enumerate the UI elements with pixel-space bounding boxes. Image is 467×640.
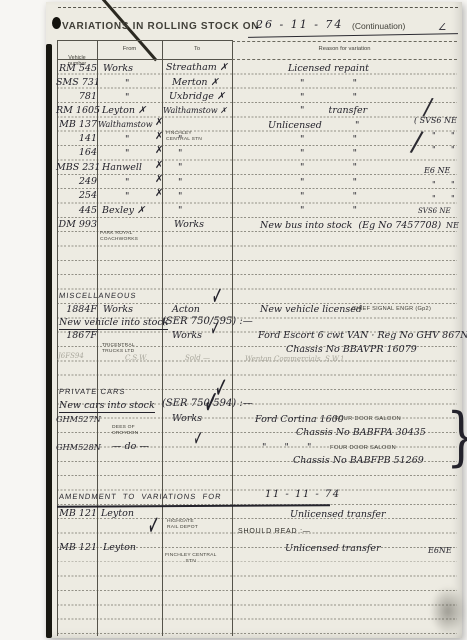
row9-margin: " " <box>432 195 455 203</box>
row7-vehicle: MBS 231 <box>56 163 97 173</box>
row8-x-mark: ✗ <box>155 175 163 185</box>
row5-to: " <box>178 135 182 145</box>
misc-row2-to: Works <box>172 331 202 341</box>
misc-row2-vehicle: 1867F <box>60 331 97 341</box>
row3-to: Walthamstow ✗ <box>163 107 227 115</box>
row2-vehicle: 781 <box>56 92 97 102</box>
misc-row3-from: C.S.W. <box>125 355 147 362</box>
col-header-reason: Reason for variation <box>232 46 457 53</box>
row7-from: Hanwell <box>102 163 142 173</box>
amend-row2-from: Leyton <box>103 543 136 553</box>
row2-from: " <box>125 93 129 103</box>
misc-row1-reason: New vehicle licensed <box>260 305 362 315</box>
row5-vehicle: 141 <box>56 134 97 144</box>
row9-to: " <box>178 192 182 202</box>
amend-row2-margin: E6NE <box>428 547 452 555</box>
row10-margin: SVS6 NE <box>418 208 451 215</box>
amendment-heading: AMENDMENT TO VARIATIONS FOR <box>59 492 223 501</box>
row0-vehicle: RM 545 <box>56 64 97 74</box>
corner-check-mark: ∠ <box>437 21 447 33</box>
row4-to: FINCHLEYCENTRAL STN <box>166 119 202 154</box>
row3-from: Leyton ✗ <box>102 106 146 116</box>
private-row1-vehicle: GHM527N <box>56 415 101 423</box>
private-brace: } <box>446 405 467 469</box>
misc-row3-to: Sold — <box>185 355 210 362</box>
misc-heading: MISCELLANEOUS <box>59 291 138 300</box>
row1-from: " <box>125 79 129 89</box>
misc-row2-reason: Ford Escort 6 cwt VAN · Reg No GHV 867N <box>258 331 467 341</box>
row2-reason: " " <box>300 93 357 103</box>
private-row1-reason-caps: FOUR DOOR SALOON <box>335 416 401 423</box>
row2-to: Uxbridge ✗ <box>169 92 225 102</box>
misc-row1-tick: ✓ <box>211 283 223 313</box>
row8-vehicle: 249 <box>56 177 97 187</box>
amend-row1-vehicle: MB 121 <box>56 509 97 519</box>
col-header-from: From <box>97 46 162 53</box>
row8-to: " <box>178 178 182 188</box>
row8-margin: " " <box>432 181 455 189</box>
misc-row1-from: Works <box>103 305 133 315</box>
header-top-line <box>57 40 232 41</box>
page-title: VARIATIONS IN ROLLING STOCK ON <box>62 21 259 33</box>
row6-vehicle: 164 <box>56 148 97 158</box>
col-header-vehicle: Vehiclenumber <box>57 42 97 81</box>
private-row2-reason-caps: FOUR DOOR SALOON <box>330 445 396 452</box>
row4-margin: ( SVS6 NE <box>414 117 457 125</box>
row1-vehicle: SMS 731 <box>56 78 97 88</box>
private-row1-reason: Ford Cortina 1600 <box>255 415 344 425</box>
divider-from-to <box>162 40 163 636</box>
row6-x-mark: ✗ <box>155 146 163 156</box>
private-row2-tick: ✓ <box>193 426 203 451</box>
misc-note-left: New vehicle into stock <box>59 318 168 330</box>
private-note-left: New cars into stock <box>59 401 155 413</box>
row6-from: " <box>125 149 129 159</box>
row10-reason: " " <box>300 206 357 216</box>
row0-from: Works <box>103 64 133 74</box>
header-bottom-dash <box>232 59 457 60</box>
row3-vehicle: RM 1605 <box>56 106 97 116</box>
scanned-document: VARIATIONS IN ROLLING STOCK ON 26 - 11 -… <box>0 0 467 640</box>
row0-reason: Licensed repaint <box>288 64 369 74</box>
row10-to: " <box>178 206 182 216</box>
row6-reason: " " <box>300 149 357 159</box>
private-row2-reason: " " " <box>262 443 311 453</box>
misc-note-ref: (SER 750/595) :— <box>162 317 253 327</box>
misc-row3-vehicle: J6FS94 <box>58 353 84 360</box>
continuation-label: (Continuation) <box>352 21 405 31</box>
private-row2-reason2: Chassis No BABFPB 51269 <box>293 456 424 466</box>
amendment-date: 11 - 11 - 74 <box>265 490 341 500</box>
misc-row1-vehicle: 1884F <box>60 305 97 315</box>
row8-reason: " " <box>300 178 357 188</box>
row7-x-mark: ✗ <box>155 161 163 171</box>
row1-to: Merton ✗ <box>172 78 219 88</box>
should-read-label: SHOULD READ :— <box>238 528 311 536</box>
amend-row2-to: FINCHLEY CENTRALSTN <box>165 541 216 576</box>
row10-from: Bexley ✗ <box>102 206 145 216</box>
row4-x-mark: ✗ <box>155 118 163 128</box>
col-header-to: To <box>162 46 232 53</box>
header-top-dash <box>232 41 457 42</box>
hole-punch-mark <box>52 17 61 29</box>
amend-row2-tick: ✓ <box>147 511 160 543</box>
row11-to: Works <box>174 220 204 230</box>
row6-margin: " " <box>432 146 455 154</box>
private-row1-reason2: Chassis No BABFPA 30435 <box>296 428 426 438</box>
row7-margin: E6 NE <box>424 167 450 175</box>
row9-reason: " " <box>300 192 357 202</box>
row7-to: " <box>178 163 182 173</box>
row9-x-mark: ✗ <box>155 189 163 199</box>
row11-reason: New bus into stock (Eg No 7457708) <box>260 221 441 231</box>
top-dashed-rule <box>58 7 458 8</box>
misc-row1-reason-typed: CHIEF SIGNAL ENGR (Gp2) <box>352 306 431 313</box>
private-row2-from: — do — <box>112 442 149 452</box>
amend-row2-reason: Unlicensed transfer <box>285 544 381 554</box>
row4-from: Walthamstow <box>98 121 153 129</box>
private-row1-to: Works <box>172 414 202 424</box>
amend-row1-to: HIGHGATERAIL DEPOT <box>167 507 198 542</box>
row11-vehicle: DM 993 <box>56 220 97 230</box>
row5-from: " <box>125 135 129 145</box>
divider-vehicle-from <box>97 40 98 636</box>
amend-row2-vehicle: MB 121 <box>56 543 97 553</box>
divider-to-reason <box>232 40 233 636</box>
misc-row2-tick: ✓ <box>210 316 220 341</box>
row9-from: " <box>125 192 129 202</box>
private-heading: PRIVATE CARS <box>59 387 127 396</box>
row5-margin: " " <box>432 132 455 140</box>
row4-vehicle: MB 137 <box>56 120 97 130</box>
private-row2-vehicle: GHM528N <box>56 443 101 451</box>
row11-from: PARK ROYALCOACHWORKS <box>100 219 138 254</box>
row7-reason: " " <box>300 163 357 173</box>
row5-x-mark: ✗ <box>155 132 163 142</box>
row8-from: " <box>125 178 129 188</box>
row10-vehicle: 445 <box>56 206 97 216</box>
row5-reason: " " <box>300 135 357 145</box>
private-row1-tick: ✓ <box>203 386 219 425</box>
misc-row1-to: Acton <box>172 305 200 315</box>
row11-margin: NE <box>446 222 459 230</box>
misc-row3-reason: Wenton Commercials, S.W.1 <box>245 356 344 363</box>
row4-reason: Unlicensed " <box>268 121 359 131</box>
row6-to: " <box>178 149 182 159</box>
binding-edge <box>46 44 52 638</box>
row0-to: Streatham ✗ <box>166 63 228 73</box>
amend-row1-from: Leyton <box>101 509 134 519</box>
row3-reason: " transfer <box>300 106 367 116</box>
amend-row1-reason: Unlicensed transfer <box>290 510 386 520</box>
row1-reason: " " <box>300 79 357 89</box>
row9-vehicle: 254 <box>56 191 97 201</box>
misc-row2-reason2: Chassis No BBAVPR 16079 <box>286 345 417 355</box>
date-handwritten: 26 - 11 - 74 <box>256 19 343 30</box>
